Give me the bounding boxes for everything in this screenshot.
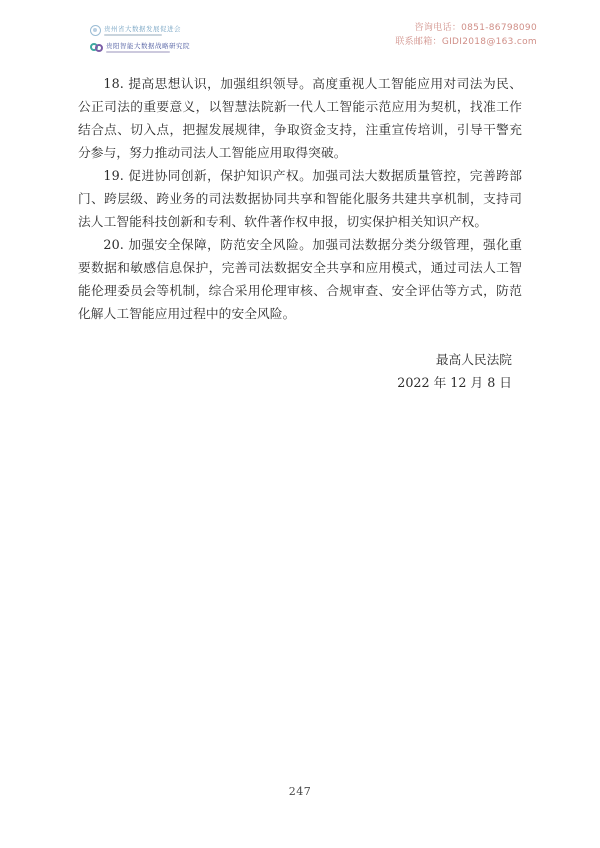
page-number: 247 <box>289 785 312 798</box>
association-emblem-icon <box>90 25 101 36</box>
contact-phone: 咨询电话：0851-86798090 <box>395 24 537 34</box>
contact-email: 联系邮箱：GIDI2018@163.com <box>395 38 537 48</box>
association-logo: 贵州省大数据发展促进会 <box>90 24 190 37</box>
issuing-authority: 最高人民法院 <box>78 348 512 371</box>
document-date: 2022 年 12 月 8 日 <box>78 371 512 394</box>
paragraph-19: 19. 促进协同创新，保护知识产权。加强司法大数据质量管控，完善跨部门、跨层级、… <box>78 164 522 233</box>
signature-block: 最高人民法院 2022 年 12 月 8 日 <box>78 348 522 394</box>
document-page: 贵州省大数据发展促进会 贵阳智能大数据战略研究院 咨询电话：0851-86798… <box>0 0 600 848</box>
document-body: 18. 提高思想认识，加强组织领导。高度重视人工智能应用对司法为民、公正司法的重… <box>78 72 522 394</box>
institute-logo: 贵阳智能大数据战略研究院 <box>90 41 190 54</box>
paragraph-20: 20. 加强安全保障，防范安全风险。加强司法数据分类分级管理，强化重要数据和敏感… <box>78 233 522 325</box>
page-footer: 247 <box>0 780 600 799</box>
contact-info: 咨询电话：0851-86798090 联系邮箱：GIDI2018@163.com <box>395 24 537 47</box>
institute-name: 贵阳智能大数据战略研究院 <box>106 43 190 50</box>
paragraph-18: 18. 提高思想认识，加强组织领导。高度重视人工智能应用对司法为民、公正司法的重… <box>78 72 522 164</box>
association-name: 贵州省大数据发展促进会 <box>104 26 181 33</box>
letterhead-logos: 贵州省大数据发展促进会 贵阳智能大数据战略研究院 <box>90 24 190 54</box>
association-subtitle-line <box>104 34 162 36</box>
institute-mark-icon <box>90 42 103 53</box>
institute-subtitle-line <box>106 51 170 53</box>
page-header: 贵州省大数据发展促进会 贵阳智能大数据战略研究院 咨询电话：0851-86798… <box>90 24 537 60</box>
